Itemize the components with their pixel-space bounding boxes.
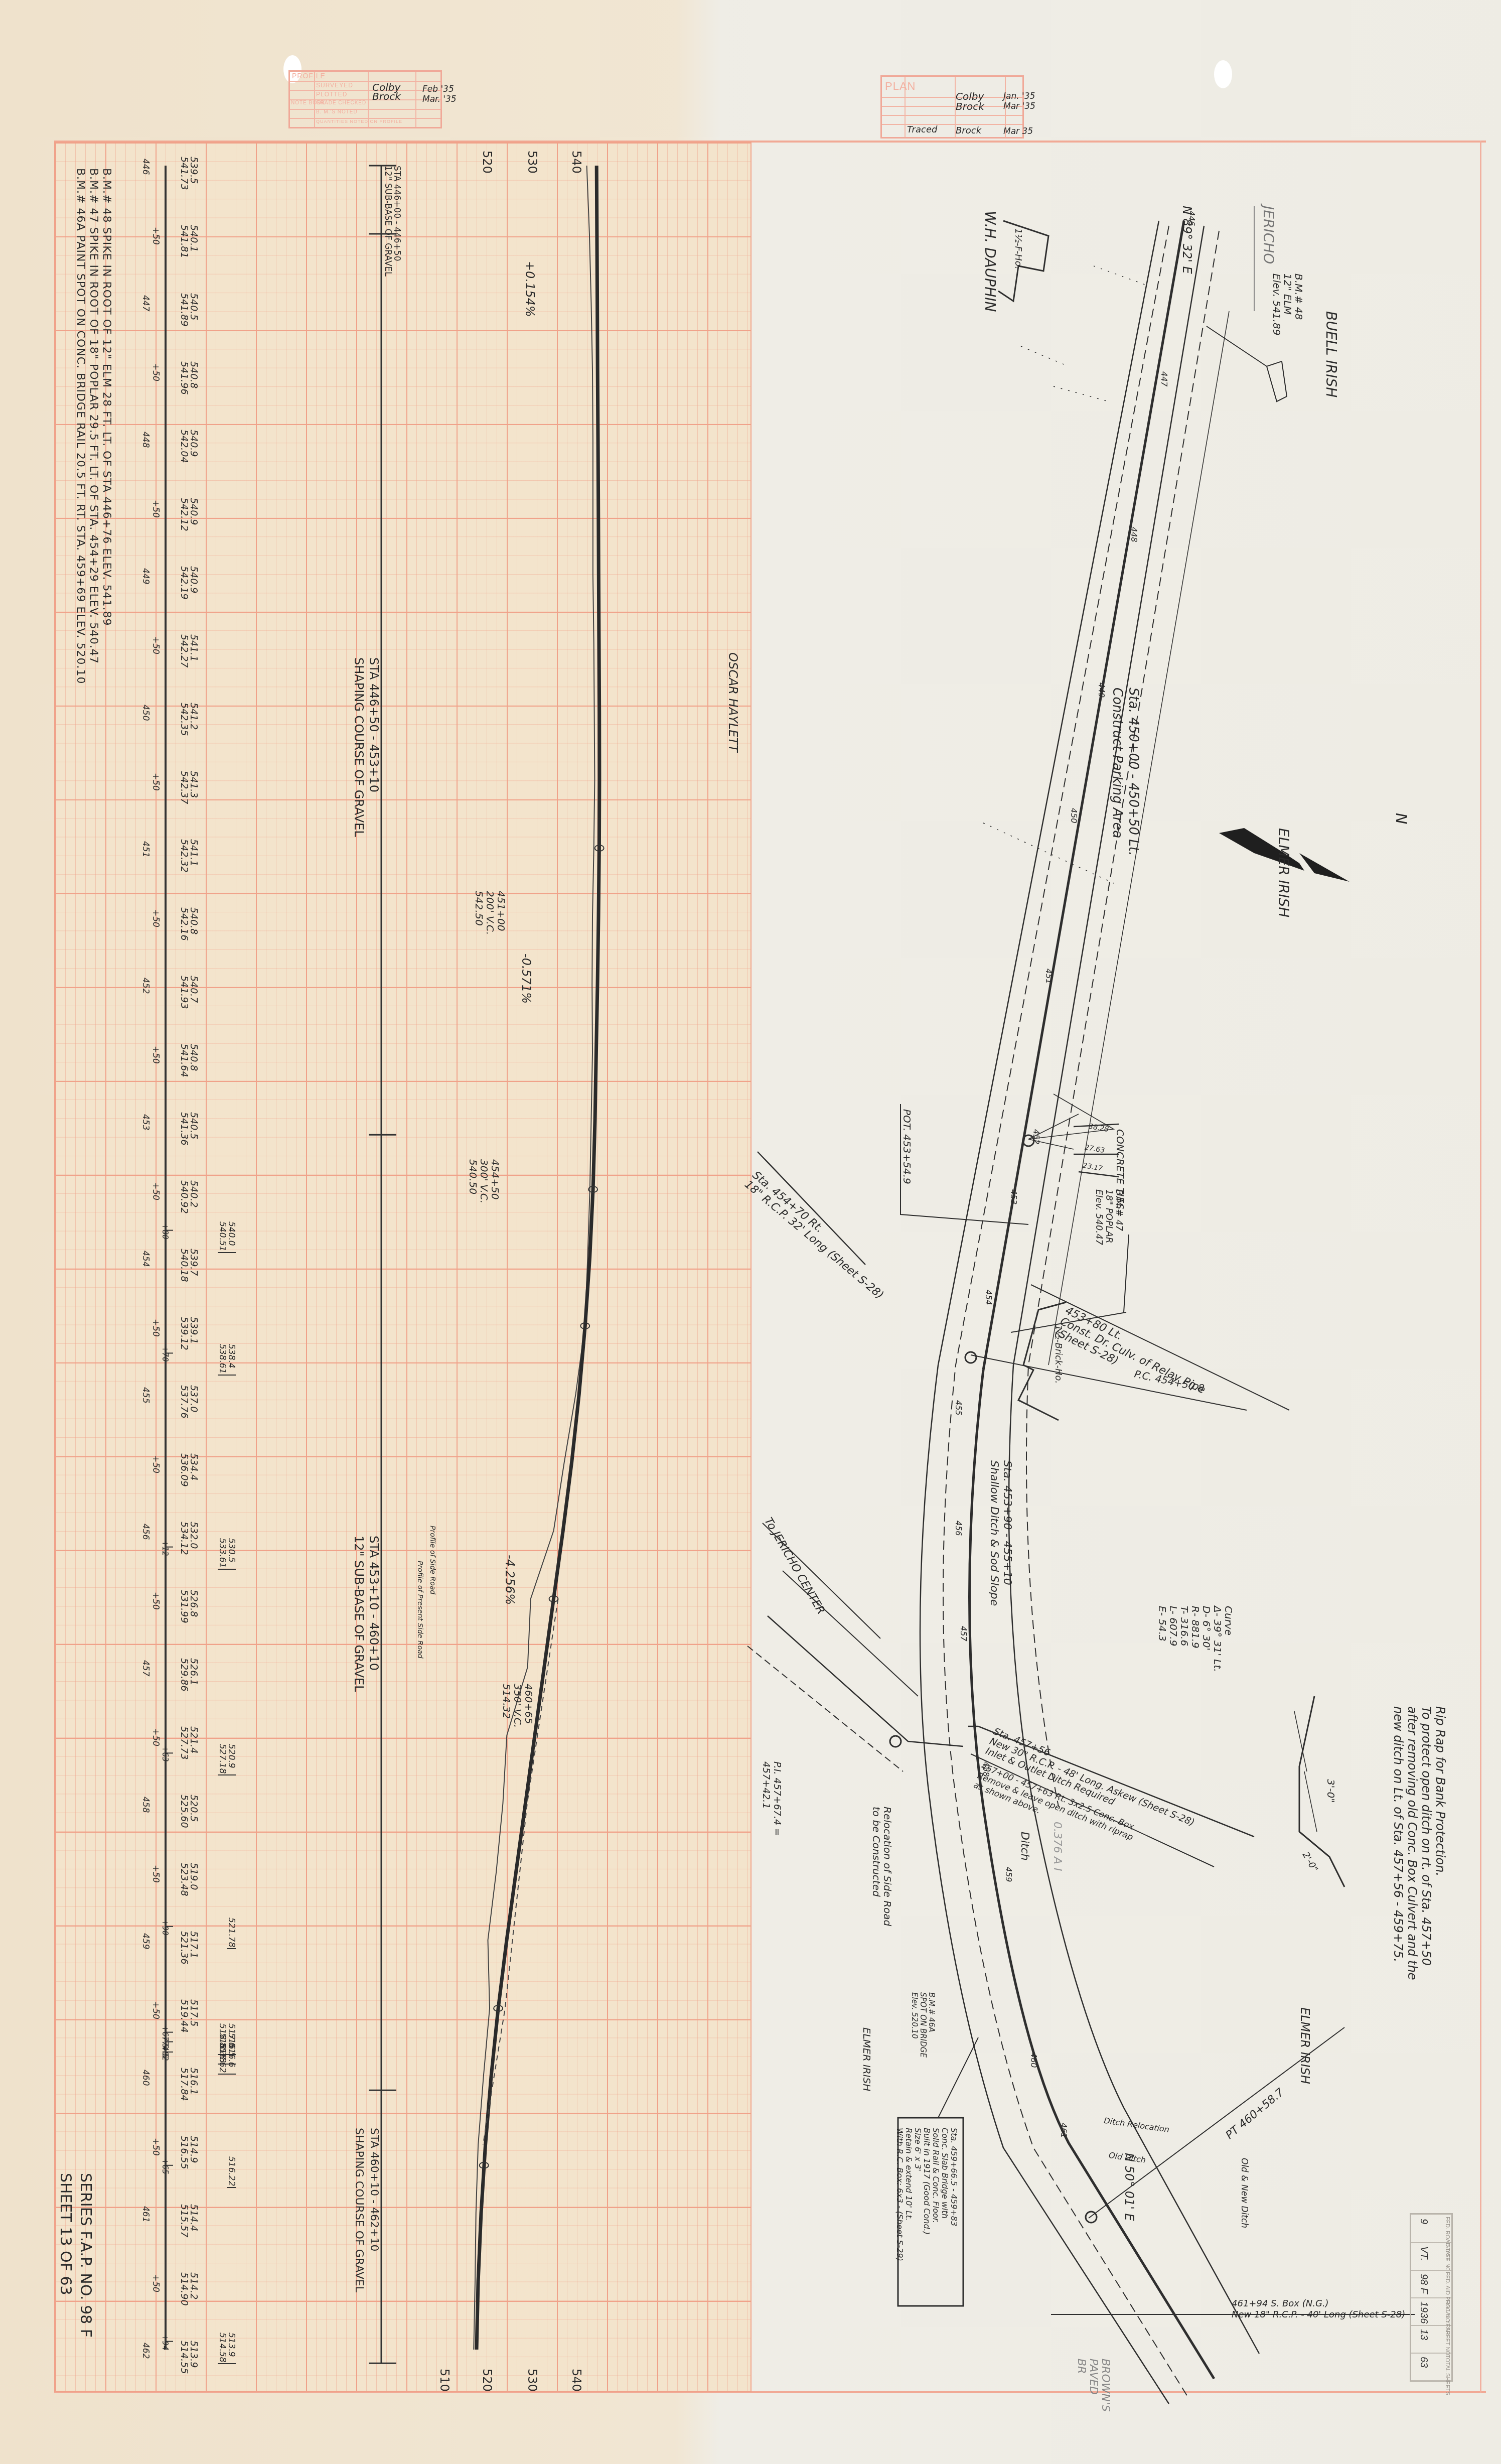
plan-station-446: 446 (1187, 211, 1196, 226)
fed-box-cell: FED. ROAD DIST. NO.9 (1411, 2215, 1451, 2243)
bridge-note-line-7: With R.C. Box: 6x3 - (Sheet S-29) (895, 2128, 904, 2261)
north-label: N (1392, 813, 1410, 824)
shallow-ditch-line-2: Shallow Ditch & Sod Slope (987, 1460, 1000, 1606)
fed-box-cell: STATEVT. (1411, 2242, 1451, 2271)
plan-station-458: 458 (981, 1761, 991, 1777)
old-new-ditch-label: Old & New Ditch (1239, 2158, 1249, 2228)
owner-elmer-irish-1: ELMER IRISH (1275, 828, 1292, 917)
plan-station-460: 460 (1029, 2052, 1038, 2068)
plan-station-461: 461 (1059, 2123, 1069, 2138)
curve-external: E- 54.3 (1157, 1606, 1168, 1672)
pencil-line-3: BR (1075, 2359, 1087, 2412)
curve-data: Curve Δ- 39° 31' Lt. D- 6° 30' R- 881.9 … (1157, 1606, 1234, 1672)
federal-project-box: FED. ROAD DIST. NO.9STATEVT.FED. AID PRO… (1410, 2213, 1453, 2382)
bridge-note-line-2: Conc. Slab Bridge with (940, 2128, 949, 2261)
bm46a-line-1: B.M.# 46A (927, 1992, 936, 2058)
plan-station-447: 447 (1159, 371, 1169, 387)
bridge-note: Sta. 459+66.5 - 459+83 Conc. Slab Bridge… (895, 2128, 958, 2261)
riprap-note: Rip Rap for Bank Protection. To protect … (1391, 1706, 1447, 1980)
shallow-ditch-line-1: Sta. 453+90 - 455+10 (1000, 1460, 1013, 1606)
ditch-label: Ditch (1018, 1832, 1031, 1861)
owner-wh-dauphin: W.H. DAUPHIN (982, 211, 998, 312)
plan-station-448: 448 (1129, 527, 1139, 542)
bm46a-line-3: Elev. 520.10 (910, 1992, 919, 2058)
pencil-line-1: BROWN'S (1099, 2359, 1111, 2412)
pi-station-line-2: 457+42.1 (761, 1761, 772, 1836)
pi-station: P.I. 457+67.4 = 457+42.1 (761, 1761, 783, 1836)
plan-station-456: 456 (954, 1521, 963, 1536)
owner-elmer-irish-3: ELMER IRISH (861, 2027, 873, 2091)
plan-station-455: 455 (954, 1400, 963, 1416)
relocation-note: Relocation of Side Road to be Constructe… (871, 1807, 893, 1926)
pi-station-line-1: P.I. 457+67.4 = (772, 1761, 783, 1836)
riprap-line-1: Rip Rap for Bank Protection. (1433, 1706, 1447, 1980)
pencil-bottom-note: BROWN'S PAVED BR (1075, 2359, 1111, 2412)
bridge-note-line-6: Retain & extend 10' Lt. (904, 2128, 913, 2261)
bm46a-label: B.M.# 46A SPOT ON BRIDGE Elev. 520.10 (910, 1992, 936, 2058)
bm46a-line-2: SPOT ON BRIDGE (919, 1992, 927, 2058)
bm48-line-3: Elev. 541.89 (1271, 273, 1282, 335)
plan-station-451: 451 (1044, 969, 1054, 984)
plan-station-452: 452 (1031, 1129, 1041, 1145)
fed-box-cell: SHEET NO.13 (1411, 2325, 1451, 2354)
owner-oscar-haylett: OSCAR HAYLETT (726, 652, 740, 752)
bm48-line-2: 12" ELM (1282, 273, 1293, 335)
relocation-line-1: Relocation of Side Road (882, 1807, 893, 1926)
box-461-line-1: 461+94 S. Box (N.G.) (1232, 2298, 1405, 2309)
plan-station-453: 453 (1009, 1189, 1018, 1205)
bm47-line-2: 18" POPLAR (1104, 1189, 1114, 1245)
fed-box-cell: FISCAL YEAR1936 (1411, 2297, 1451, 2326)
curve-length: L- 607.9 (1168, 1606, 1179, 1672)
bm47-line-3: Elev. 540.47 (1094, 1189, 1104, 1245)
curve-title: Curve (1223, 1606, 1234, 1672)
curve-radius: R- 881.9 (1190, 1606, 1201, 1672)
to-jericho-top: JERICHO (1260, 206, 1277, 264)
riprap-line-2: To protect open ditch on rt. of Sta. 457… (1419, 1706, 1433, 1980)
fed-box-cell: FED. AID PROJ. NO.98 F (1411, 2270, 1451, 2298)
relocation-line-2: to be Constructed (871, 1807, 882, 1926)
parking-note-line-1: Sta. 450+00 - 450+50 Lt. (1125, 688, 1141, 856)
house-1-label: 1½-F-Ho. (1013, 228, 1023, 269)
box-461-note: 461+94 S. Box (N.G.) New 18" R.C.P. - 40… (1232, 2298, 1405, 2320)
pencil-line-2: PAVED (1087, 2359, 1099, 2412)
curve-tangent: T- 316.6 (1179, 1606, 1190, 1672)
plan-station-449: 449 (1097, 682, 1106, 698)
box-461-line-2: New 18" R.C.P. - 40' Long (Sheet S-28) (1232, 2309, 1405, 2320)
plan-station-450: 450 (1069, 808, 1079, 824)
fed-box-cell: TOTAL SHEETS63 (1411, 2353, 1451, 2381)
curve-degree: D- 6° 30' (1201, 1606, 1212, 1672)
parking-note: Sta. 450+00 - 450+50 Lt. Construct Parki… (1109, 688, 1141, 856)
bm47-line-1: B.M.# 47 (1114, 1189, 1124, 1245)
pencil-note: 0.376 A I (1051, 1822, 1064, 1871)
plan-station-454: 454 (984, 1290, 993, 1305)
pot-label: POT. 453+54.9 (901, 1109, 913, 1184)
shallow-ditch-note: Sta. 453+90 - 455+10 Shallow Ditch & Sod… (987, 1460, 1013, 1606)
curve-delta: Δ- 39° 31' Lt. (1212, 1606, 1223, 1672)
bridge-note-line-1: Sta. 459+66.5 - 459+83 (949, 2128, 958, 2261)
bm48-line-1: B.M.# 48 (1293, 273, 1304, 335)
owner-buell-irish: BUELL IRISH (1323, 311, 1339, 397)
riprap-line-4: new ditch on Lt. of Sta. 457+56 - 459+75… (1391, 1706, 1405, 1980)
riprap-dim-3ft: 3'-0" (1325, 1779, 1337, 1803)
bm47-label: B.M.# 47 18" POPLAR Elev. 540.47 (1094, 1189, 1124, 1245)
riprap-line-3: after removing old Conc. Box Culvert and… (1405, 1706, 1419, 1980)
bridge-note-line-3: Solid Rail & Conc. Floor. (931, 2128, 940, 2261)
owner-elmer-irish-2: ELMER IRISH (1298, 2007, 1312, 2084)
bridge-note-line-5: Size 6' x 3' (913, 2128, 922, 2261)
bm48-label: B.M.# 48 12" ELM Elev. 541.89 (1271, 273, 1304, 335)
plan-station-459: 459 (1004, 1867, 1013, 1882)
parking-note-line-2: Construct Parking Area (1109, 688, 1125, 856)
plan-station-457: 457 (959, 1626, 968, 1641)
bridge-note-line-4: Built in 1917 (Good Cond.) (922, 2128, 931, 2261)
